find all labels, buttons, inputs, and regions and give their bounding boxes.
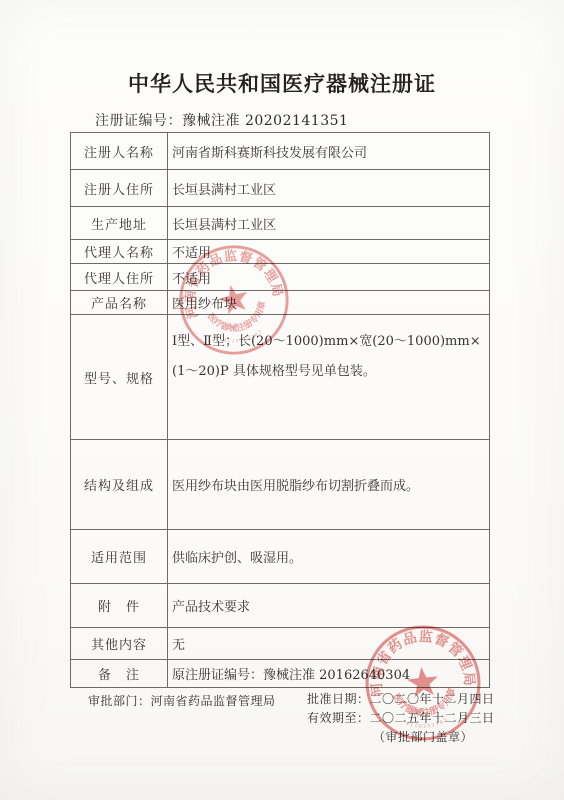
table-row: 型号、规格 Ⅰ型、Ⅱ型；长(20～1000)mm×宽(20～1000)mm×(1… — [71, 315, 490, 440]
certificate-table: 注册人名称 河南省斯科赛斯科技发展有限公司 注册人住所 长垣县满村工业区 生产地… — [70, 132, 490, 688]
row-label: 备 注 — [71, 660, 168, 688]
approve-date-line: 批准日期：二〇二〇年十二月四日 — [307, 690, 495, 709]
table-row: 备 注 原注册证编号：豫械注准 20162640304 — [71, 660, 490, 688]
approve-date-label: 批准日期： — [307, 692, 370, 706]
row-value: 医用纱布块由医用脱脂纱布切割折叠而成。 — [168, 440, 490, 530]
row-value: 河南省斯科赛斯科技发展有限公司 — [168, 133, 490, 170]
approve-date-value: 二〇二〇年十二月四日 — [370, 692, 495, 706]
certificate-page: 中华人民共和国医疗器械注册证 注册证编号：豫械注准 20202141351 注册… — [0, 0, 564, 800]
approval-department-label: 审批部门： — [88, 694, 151, 708]
row-label: 生产地址 — [71, 207, 168, 240]
table-row: 其他内容 无 — [71, 628, 490, 660]
cert-number-value: 豫械注准 20202141351 — [182, 113, 348, 129]
valid-until-label: 有效期至： — [307, 711, 370, 725]
row-value: 医用纱布块 — [168, 291, 490, 315]
approval-department-line: 审批部门：河南省药品监督管理局 — [88, 692, 276, 709]
row-label: 产品名称 — [71, 291, 168, 315]
table-row: 注册人住所 长垣县满村工业区 — [71, 170, 490, 207]
approval-department-value: 河南省药品监督管理局 — [151, 694, 276, 708]
row-value: 长垣县满村工业区 — [168, 207, 490, 240]
row-label: 附 件 — [71, 584, 168, 628]
row-label: 型号、规格 — [71, 315, 168, 440]
row-value: 原注册证编号：豫械注准 20162640304 — [168, 660, 490, 688]
row-value: 长垣县满村工业区 — [168, 170, 490, 207]
row-value: 产品技术要求 — [168, 584, 490, 628]
row-label: 其他内容 — [71, 628, 168, 660]
table-row: 代理人住所 不适用 — [71, 264, 490, 291]
table-row: 结构及组成 医用纱布块由医用脱脂纱布切割折叠而成。 — [71, 440, 490, 530]
table-row: 产品名称 医用纱布块 — [71, 291, 490, 315]
table-row: 代理人名称 不适用 — [71, 240, 490, 264]
row-label: 代理人名称 — [71, 240, 168, 264]
row-value: 不适用 — [168, 264, 490, 291]
row-value: 供临床护创、吸湿用。 — [168, 530, 490, 584]
row-label: 注册人名称 — [71, 133, 168, 170]
table-row: 附 件 产品技术要求 — [71, 584, 490, 628]
table-row: 注册人名称 河南省斯科赛斯科技发展有限公司 — [71, 133, 490, 170]
valid-until-value: 二〇二五年十二月三日 — [370, 711, 495, 725]
footer-dates-block: 批准日期：二〇二〇年十二月四日 有效期至：二〇二五年十二月三日 （审批部门盖章） — [307, 690, 495, 747]
row-label: 结构及组成 — [71, 440, 168, 530]
row-value: Ⅰ型、Ⅱ型；长(20～1000)mm×宽(20～1000)mm×(1～20)P … — [168, 315, 490, 440]
page-title: 中华人民共和国医疗器械注册证 — [0, 68, 564, 98]
cert-number-label: 注册证编号： — [95, 113, 182, 129]
seal-note: （审批部门盖章） — [307, 728, 495, 747]
row-label: 适用范围 — [71, 530, 168, 584]
row-label: 代理人住所 — [71, 264, 168, 291]
row-value: 不适用 — [168, 240, 490, 264]
table-row: 适用范围 供临床护创、吸湿用。 — [71, 530, 490, 584]
row-value: 无 — [168, 628, 490, 660]
table-row: 生产地址 长垣县满村工业区 — [71, 207, 490, 240]
cert-number-line: 注册证编号：豫械注准 20202141351 — [95, 110, 348, 130]
row-label: 注册人住所 — [71, 170, 168, 207]
valid-until-line: 有效期至：二〇二五年十二月三日 — [307, 709, 495, 728]
